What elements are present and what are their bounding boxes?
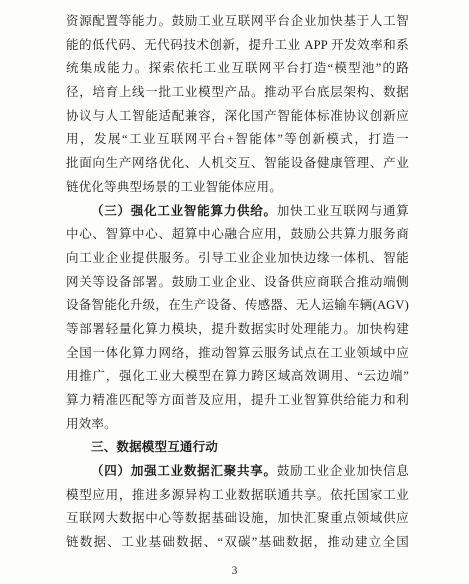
- text-line: 等部署轻量化算力模块，提升数据实时处理能力。加快构建: [66, 318, 409, 342]
- text-run: 链数据、工业基础数据、“双碳”基础数据，推动建立全国: [66, 535, 409, 549]
- text-run: 用推广，强化工业大模型在算力跨区域高效调用、“云边端”: [66, 369, 409, 383]
- text-line: 用效率。: [66, 413, 409, 437]
- section-heading-line: 三、数据模型互通行动: [66, 436, 409, 460]
- text-run: 算力精准匹配等方面普及应用，提升工业智算供给能力和利: [66, 393, 409, 407]
- text-run: 统集成能力。探索依托工业互联网平台打造“模型池”的路: [66, 61, 409, 75]
- text-run: 向工业企业提供服务。引导工业企业加快边缘一体机、智能: [66, 251, 409, 265]
- text-line: 互联网大数据中心等数据基础设施，加快汇聚重点领域供应: [66, 507, 409, 531]
- section-heading-line: （三）强化工业智能算力供给。加快工业互联网与通算: [66, 200, 409, 224]
- text-run: 能的低代码、无代码技术创新，提升工业 APP 开发效率和系: [66, 38, 409, 52]
- text-run: 批面向生产网络优化、人机交互、智能设备健康管理、产业: [66, 156, 409, 170]
- text-run: 资源配置等能力。鼓励工业互联网平台企业加快基于人工智: [66, 14, 409, 28]
- text-line: 径，培育上线一批工业模型产品。推动平台底层架构、数据: [66, 81, 409, 105]
- text-line: 链数据、工业基础数据、“双碳”基础数据，推动建立全国: [66, 531, 409, 555]
- text-line: 协议与人工智能适配兼容，深化国产智能体标准协议创新应: [66, 105, 409, 129]
- text-run: 用效率。: [66, 417, 117, 431]
- text-line: 用，发展“工业互联网平台+智能体”等创新模式，打造一: [66, 128, 409, 152]
- text-body: 资源配置等能力。鼓励工业互联网平台企业加快基于人工智 能的低代码、无代码技术创新…: [66, 10, 409, 555]
- text-run: 用，发展“工业互联网平台+智能体”等创新模式，打造一: [66, 132, 409, 146]
- text-line: 算力精准匹配等方面普及应用，提升工业智算供给能力和利: [66, 389, 409, 413]
- text-run: 径，培育上线一批工业模型产品。推动平台底层架构、数据: [66, 85, 409, 99]
- text-line: 向工业企业提供服务。引导工业企业加快边缘一体机、智能: [66, 247, 409, 271]
- text-line: 资源配置等能力。鼓励工业互联网平台企业加快基于人工智: [66, 10, 409, 34]
- text-run: 鼓励工业企业加快信息: [277, 464, 409, 478]
- bold-run: （三）强化工业智能算力供给。: [91, 204, 277, 218]
- text-run: 全国一体化算力网络，推动智算云服务试点在工业领域中应: [66, 346, 409, 360]
- text-line: 设备智能化升级，在生产设备、传感器、无人运输车辆(AGV): [66, 294, 409, 318]
- text-line: 模型应用，推进多源异构工业数据联通共享。依托国家工业: [66, 484, 409, 508]
- bold-run: 三、数据模型互通行动: [91, 440, 218, 454]
- text-line: 能的低代码、无代码技术创新，提升工业 APP 开发效率和系: [66, 34, 409, 58]
- section-heading-line: （四）加强工业数据汇聚共享。鼓励工业企业加快信息: [66, 460, 409, 484]
- text-line: 链优化等典型场景的工业智能体应用。: [66, 176, 409, 200]
- text-line: 全国一体化算力网络，推动智算云服务试点在工业领域中应: [66, 342, 409, 366]
- document-page: 资源配置等能力。鼓励工业互联网平台企业加快基于人工智 能的低代码、无代码技术创新…: [0, 0, 469, 584]
- text-run: 加快工业互联网与通算: [277, 204, 409, 218]
- text-line: 网关等设备部署。鼓励工业企业、设备供应商联合推动端侧: [66, 271, 409, 295]
- text-line: 批面向生产网络优化、人机交互、智能设备健康管理、产业: [66, 152, 409, 176]
- text-run: 设备智能化升级，在生产设备、传感器、无人运输车辆(AGV): [66, 298, 409, 312]
- text-line: 统集成能力。探索依托工业互联网平台打造“模型池”的路: [66, 57, 409, 81]
- text-run: 模型应用，推进多源异构工业数据联通共享。依托国家工业: [66, 488, 409, 502]
- text-run: 网关等设备部署。鼓励工业企业、设备供应商联合推动端侧: [66, 275, 409, 289]
- text-run: 链优化等典型场景的工业智能体应用。: [66, 180, 282, 194]
- text-run: 中心、智算中心、超算中心融合应用，鼓励公共算力服务商: [66, 227, 409, 241]
- text-line: 用推广，强化工业大模型在算力跨区域高效调用、“云边端”: [66, 365, 409, 389]
- page-number: 3: [0, 563, 469, 579]
- text-run: 等部署轻量化算力模块，提升数据实时处理能力。加快构建: [66, 322, 409, 336]
- text-run: 协议与人工智能适配兼容，深化国产智能体标准协议创新应: [66, 109, 409, 123]
- bold-run: （四）加强工业数据汇聚共享。: [91, 464, 277, 478]
- text-line: 中心、智算中心、超算中心融合应用，鼓励公共算力服务商: [66, 223, 409, 247]
- text-run: 互联网大数据中心等数据基础设施，加快汇聚重点领域供应: [66, 511, 409, 525]
